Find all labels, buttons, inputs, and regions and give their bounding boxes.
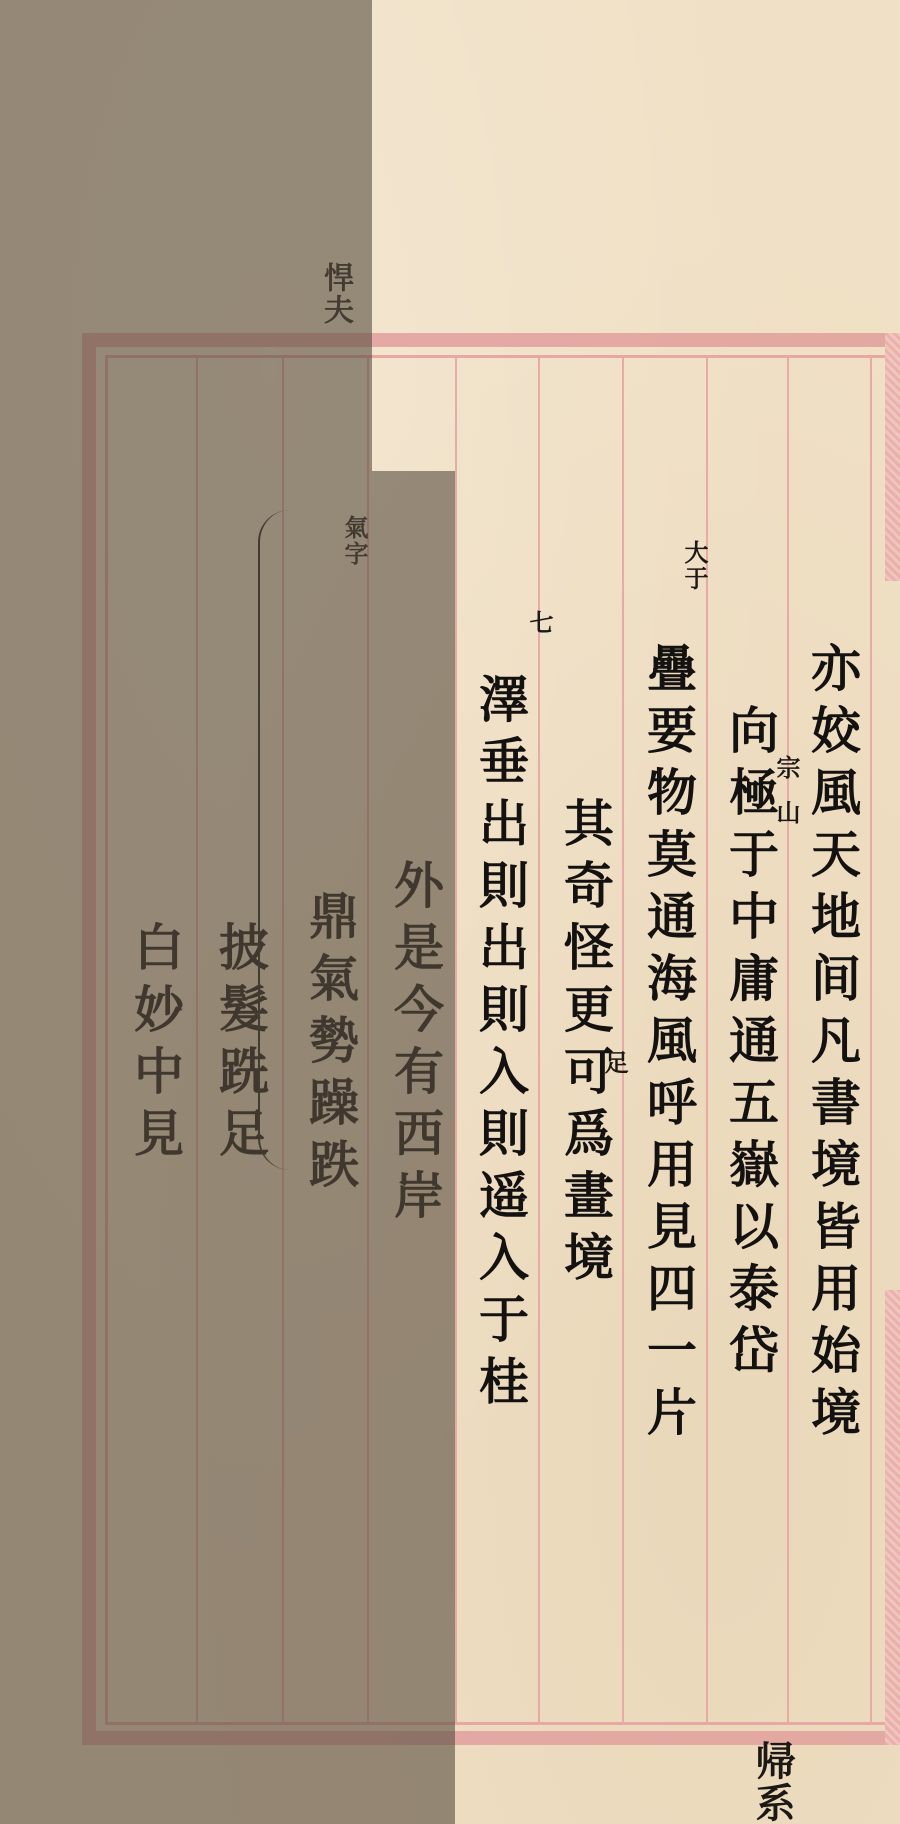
text-column-4: 其奇怪更可爲畫境: [545, 370, 625, 1720]
text-column-5: 澤垂出則出則入則遥入于桂: [460, 370, 540, 1720]
gray-overlay-step: [372, 471, 455, 1824]
annotation: 大于: [680, 540, 708, 592]
right-border-band-lower: [885, 1290, 900, 1745]
annotation: 帰系: [750, 1740, 794, 1824]
text-column-1: 亦姣風天地间凡書境皆用始境: [792, 370, 872, 1720]
annotation: 足: [600, 1050, 628, 1076]
gray-overlay-left: [0, 0, 372, 1824]
annotation: 宗: [772, 755, 800, 781]
annotation: 山: [772, 800, 800, 826]
text-column-2: 向極于中庸通五嶽以泰岱: [710, 370, 790, 1720]
annotation: 七: [525, 610, 553, 636]
right-border-band-upper: [885, 333, 900, 581]
column-rule: [455, 358, 457, 1725]
